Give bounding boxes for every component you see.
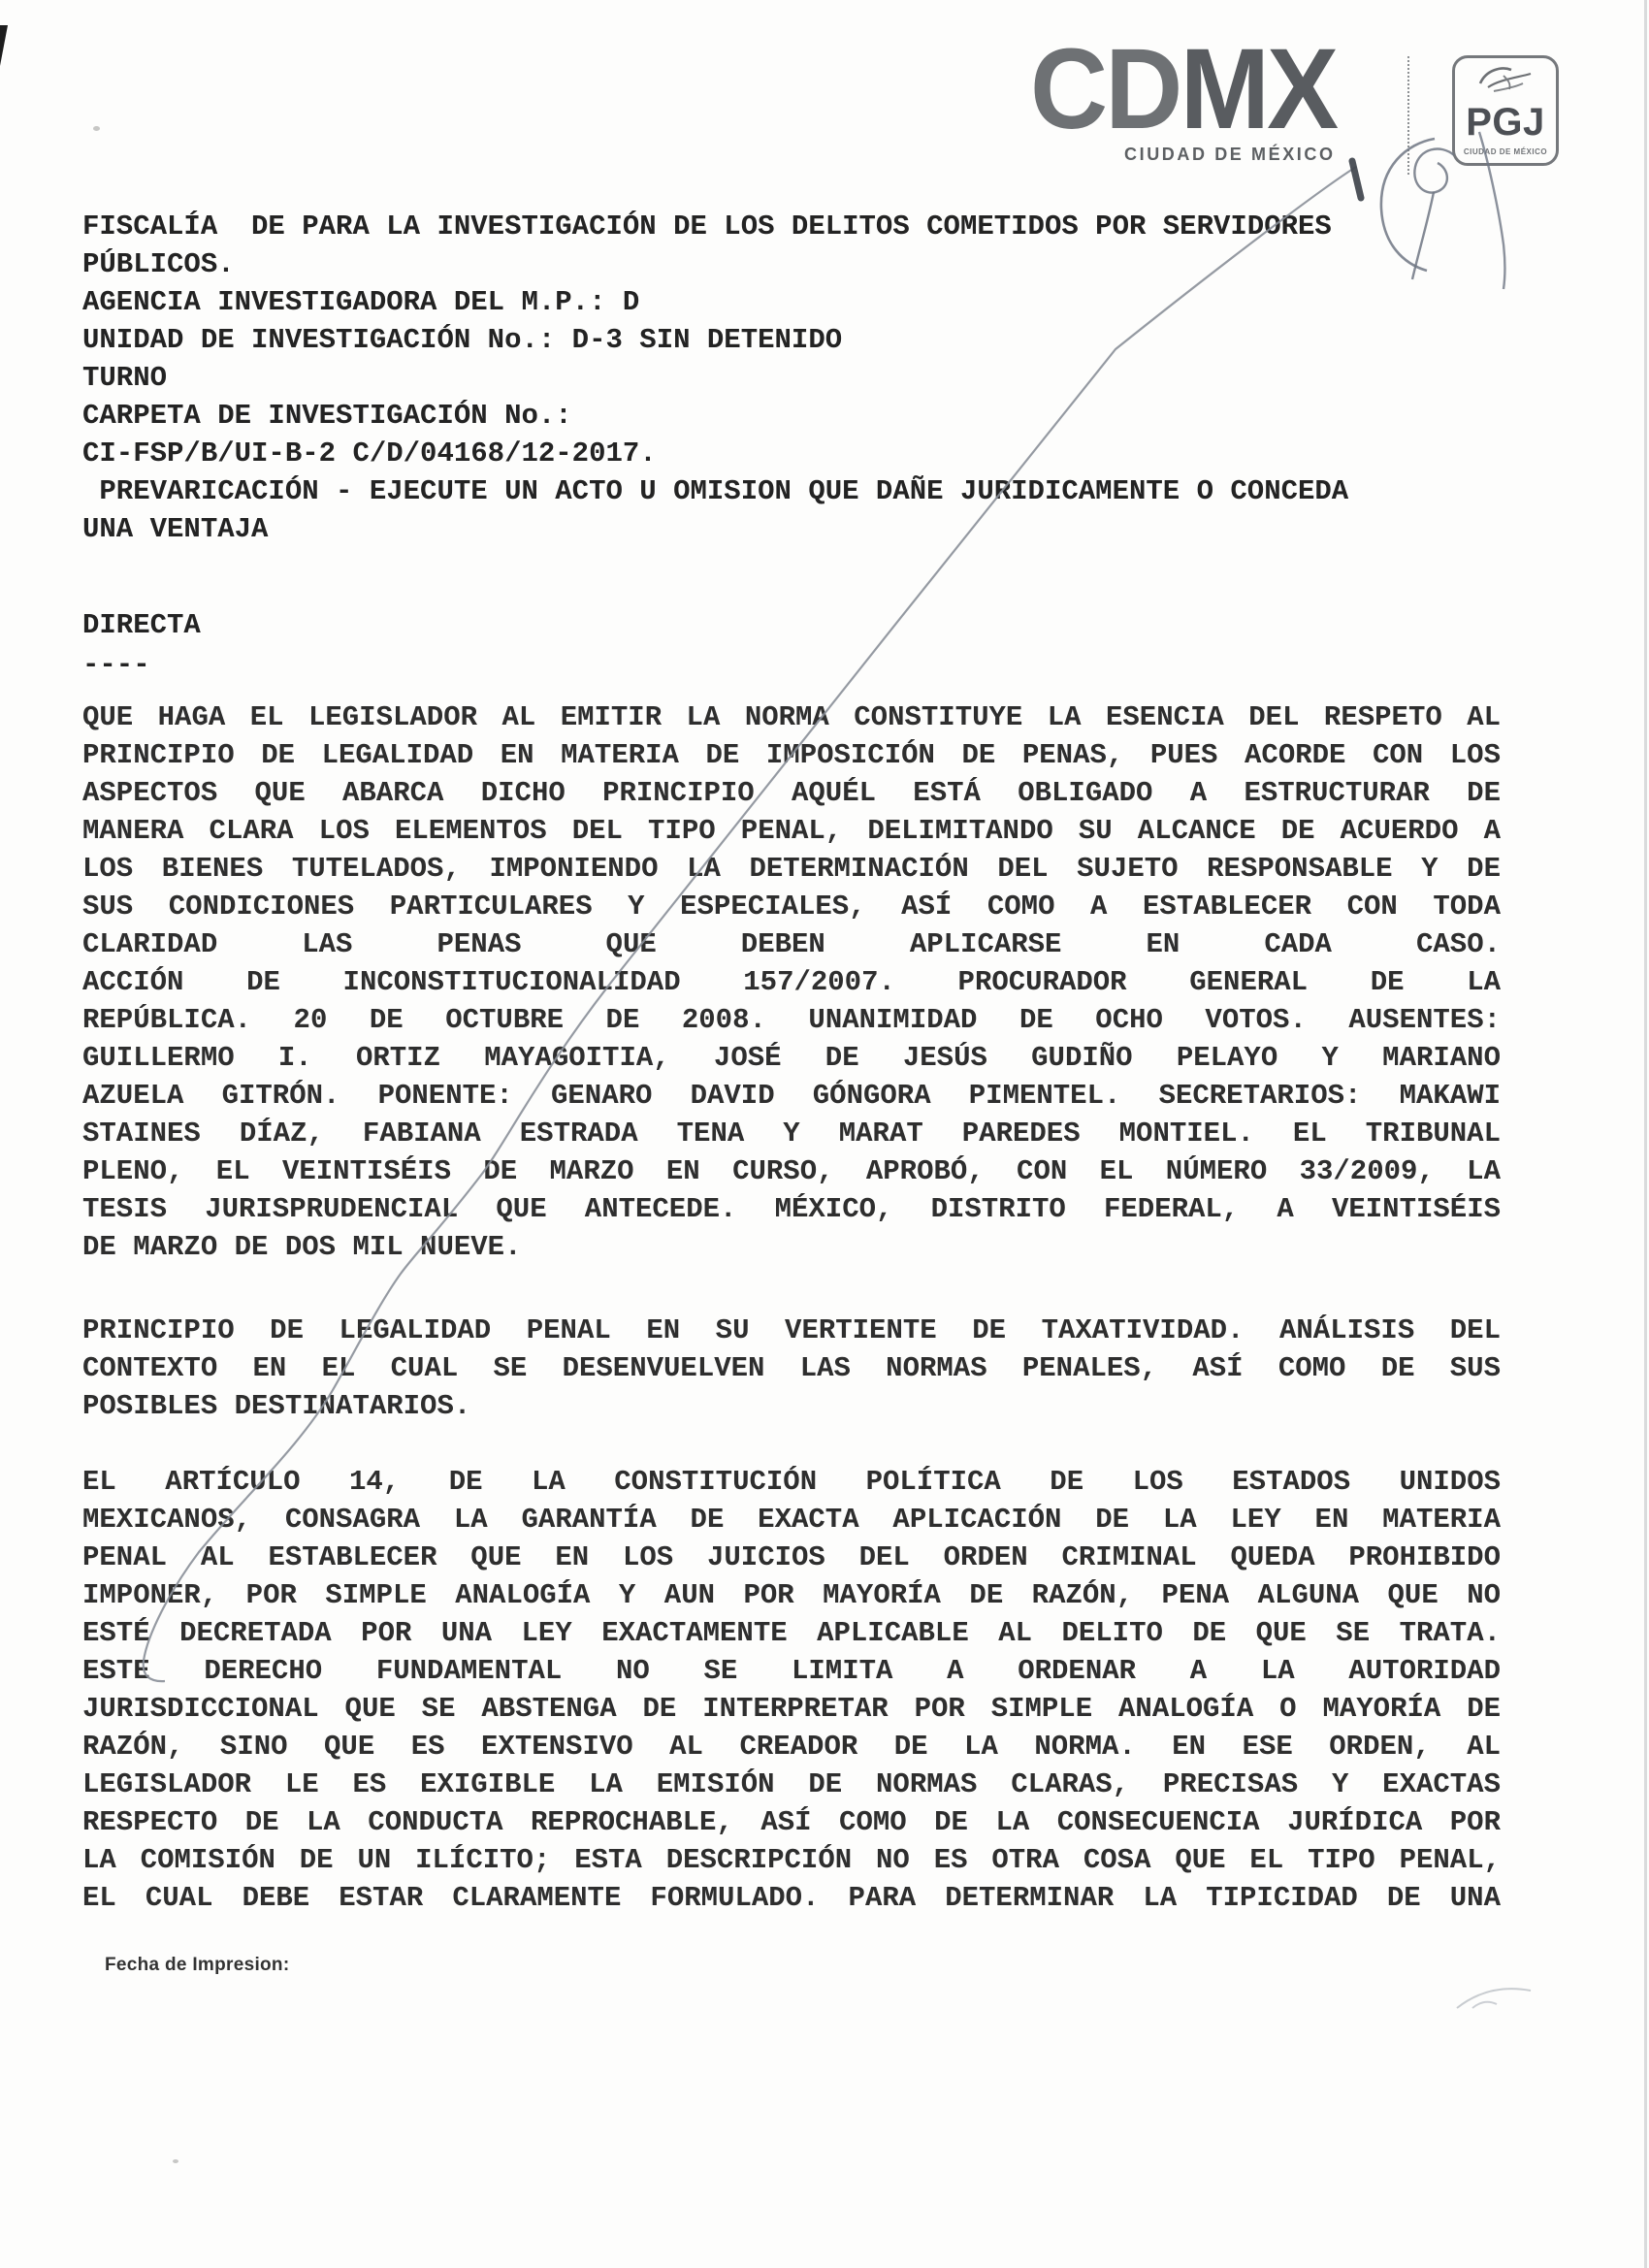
text-line: UNA VENTAJA (82, 510, 1501, 548)
paragraph-tesis-accion-inconstitucionalidad: QUE HAGA EL LEGISLADOR AL EMITIR LA NORM… (82, 698, 1501, 1266)
text-line: RESPECTO DE LA CONDUCTA REPROCHABLE, ASÍ… (82, 1803, 1501, 1841)
section-dashes: ---- (82, 646, 1501, 684)
text-line: TURNO (82, 359, 1501, 397)
text-line: EL CUAL DEBE ESTAR CLARAMENTE FORMULADO.… (82, 1879, 1501, 1917)
cdmx-logo-mx: MX (1180, 25, 1337, 153)
logo-divider (1407, 56, 1409, 175)
pgj-badge-acronym: PGJ (1455, 101, 1556, 144)
section-title: DIRECTA (82, 606, 1501, 644)
paragraph-principio-legalidad-taxatividad: PRINCIPIO DE LEGALIDAD PENAL EN SU VERTI… (82, 1312, 1501, 1425)
text-line: AZUELA GITRÓN. PONENTE: GENARO DAVID GÓN… (82, 1077, 1501, 1115)
scanned-legal-document-page: CDMX CIUDAD DE MÉXICO PGJ CIUDAD DE MÉXI… (0, 0, 1649, 2268)
scan-edge-line (1644, 0, 1647, 2268)
pen-tick (1352, 161, 1361, 198)
text-line: LOS BIENES TUTELADOS, IMPONIENDO LA DETE… (82, 850, 1501, 888)
print-date-label: Fecha de Impresion: (105, 1955, 289, 1976)
pencil-arc (1457, 1989, 1531, 2008)
text-line: LEGISLADOR LE ES EXIGIBLE LA EMISIÓN DE … (82, 1766, 1501, 1803)
cdmx-logo-subtitle: CIUDAD DE MÉXICO (1124, 145, 1376, 165)
scan-speck (93, 126, 100, 131)
text-line: JURISDICCIONAL QUE SE ABSTENGA DE INTERP… (82, 1690, 1501, 1728)
text-line: IMPONER, POR SIMPLE ANALOGÍA Y AUN POR M… (82, 1576, 1501, 1614)
pgj-badge: PGJ CIUDAD DE MÉXICO (1452, 55, 1559, 166)
text-line: CONTEXTO EN EL CUAL SE DESENVUELVEN LAS … (82, 1349, 1501, 1387)
text-line: UNIDAD DE INVESTIGACIÓN No.: D-3 SIN DET… (82, 321, 1501, 359)
section-dashes-block: ---- (82, 646, 1501, 684)
text-line: DE MARZO DE DOS MIL NUEVE. (82, 1228, 1501, 1266)
text-line: ESTÉ DECRETADA POR UNA LEY EXACTAMENTE A… (82, 1614, 1501, 1652)
text-line: PENAL AL ESTABLECER QUE EN LOS JUICIOS D… (82, 1539, 1501, 1576)
text-line: ACCIÓN DE INCONSTITUCIONALIDAD 157/2007.… (82, 963, 1501, 1001)
text-line: PRINCIPIO DE LEGALIDAD EN MATERIA DE IMP… (82, 736, 1501, 774)
pencil-arc-squiggle (1472, 2002, 1497, 2008)
text-line: FISCALÍA DE PARA LA INVESTIGACIÓN DE LOS… (82, 208, 1501, 245)
cdmx-logo-cd: CD (1030, 25, 1180, 153)
section-title-block: DIRECTA (82, 606, 1501, 644)
text-line: CARPETA DE INVESTIGACIÓN No.: (82, 397, 1501, 435)
text-line: TESIS JURISPRUDENCIAL QUE ANTECEDE. MÉXI… (82, 1190, 1501, 1228)
text-line: STAINES DÍAZ, FABIANA ESTRADA TENA Y MAR… (82, 1115, 1501, 1152)
scan-speck (173, 2159, 178, 2163)
text-line: AGENCIA INVESTIGADORA DEL M.P.: D (82, 283, 1501, 321)
pgj-badge-subtitle: CIUDAD DE MÉXICO (1455, 147, 1556, 156)
text-line: LA COMISIÓN DE UN ILÍCITO; ESTA DESCRIPC… (82, 1841, 1501, 1879)
text-line: EL ARTÍCULO 14, DE LA CONSTITUCIÓN POLÍT… (82, 1463, 1501, 1501)
text-line: PRINCIPIO DE LEGALIDAD PENAL EN SU VERTI… (82, 1312, 1501, 1349)
cdmx-logo: CDMX (1030, 35, 1358, 144)
text-line: ASPECTOS QUE ABARCA DICHO PRINCIPIO AQUÉ… (82, 774, 1501, 812)
scan-corner-artifact (0, 25, 8, 66)
text-line: CI-FSP/B/UI-B-2 C/D/04168/12-2017. (82, 435, 1501, 472)
document-header-block: FISCALÍA DE PARA LA INVESTIGACIÓN DE LOS… (82, 208, 1501, 548)
text-line: MEXICANOS, CONSAGRA LA GARANTÍA DE EXACT… (82, 1501, 1501, 1539)
text-line: ESTE DERECHO FUNDAMENTAL NO SE LIMITA A … (82, 1652, 1501, 1690)
text-line: PÚBLICOS. (82, 245, 1501, 283)
text-line: QUE HAGA EL LEGISLADOR AL EMITIR LA NORM… (82, 698, 1501, 736)
text-line: PREVARICACIÓN - EJECUTE UN ACTO U OMISIO… (82, 472, 1501, 510)
text-line: REPÚBLICA. 20 DE OCTUBRE DE 2008. UNANIM… (82, 1001, 1501, 1039)
text-line: MANERA CLARA LOS ELEMENTOS DEL TIPO PENA… (82, 812, 1501, 850)
text-line: GUILLERMO I. ORTIZ MAYAGOITIA, JOSÉ DE J… (82, 1039, 1501, 1077)
pgj-hands-icon (1469, 64, 1542, 101)
paragraph-articulo-14-constitucion: EL ARTÍCULO 14, DE LA CONSTITUCIÓN POLÍT… (82, 1463, 1501, 1917)
text-line: POSIBLES DESTINATARIOS. (82, 1387, 1501, 1425)
text-line: RAZÓN, SINO QUE ES EXTENSIVO AL CREADOR … (82, 1728, 1501, 1766)
text-line: CLARIDAD LAS PENAS QUE DEBEN APLICARSE E… (82, 925, 1501, 963)
text-line: SUS CONDICIONES PARTICULARES Y ESPECIALE… (82, 888, 1501, 925)
text-line: PLENO, EL VEINTISÉIS DE MARZO EN CURSO, … (82, 1152, 1501, 1190)
pen-scribble-spiral (1414, 149, 1454, 193)
